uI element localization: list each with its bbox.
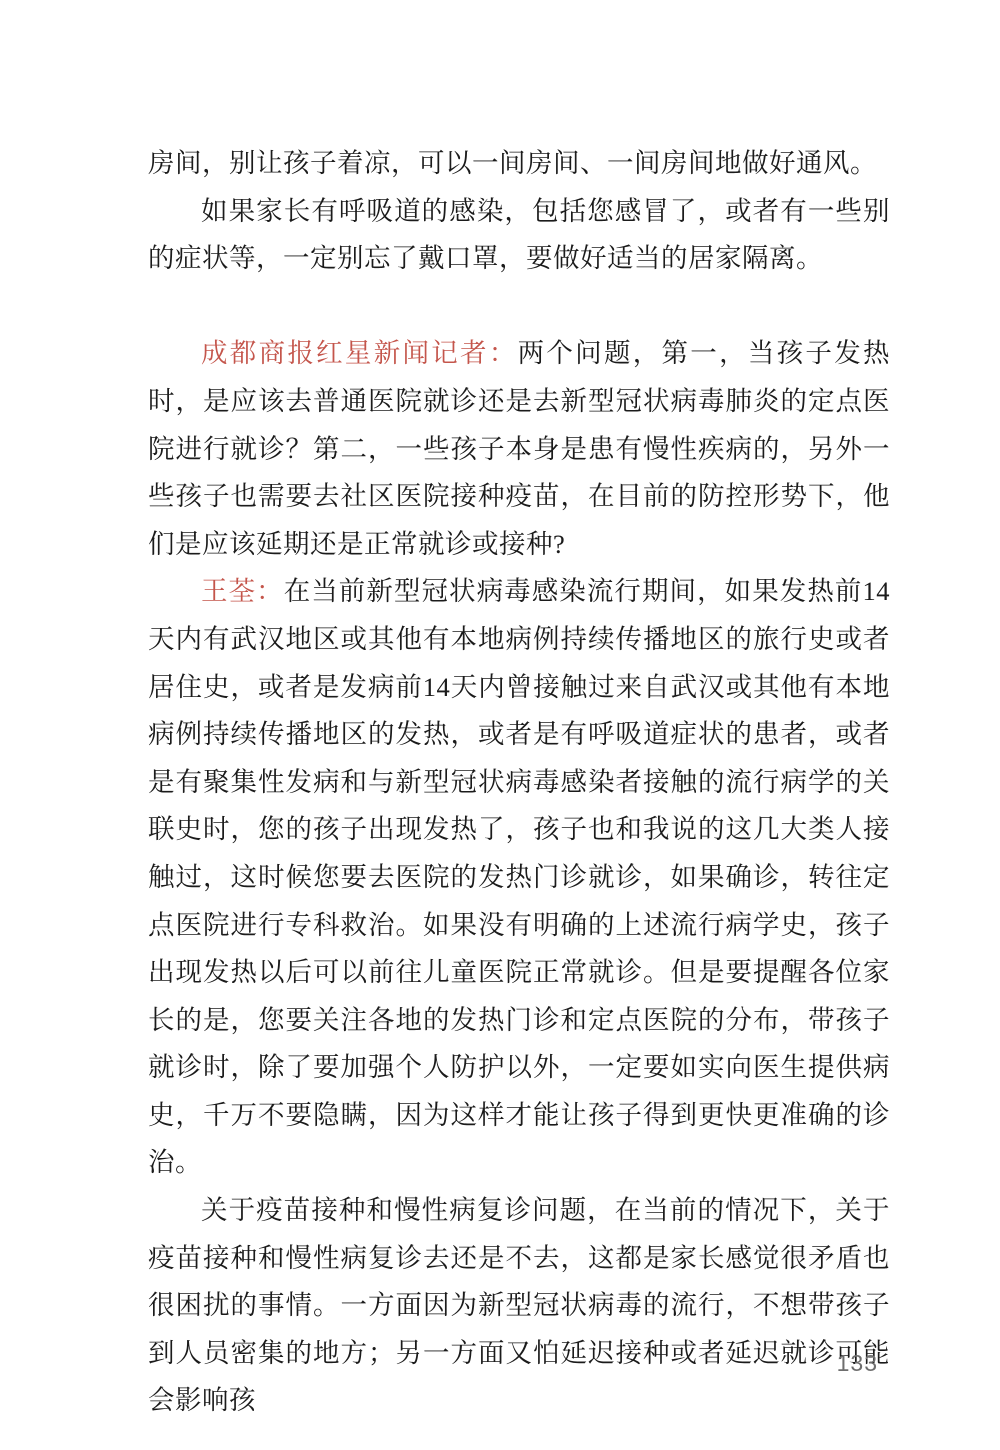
paragraph-advice: 如果家长有呼吸道的感染，包括您感冒了，或者有一些别的症状等，一定别忘了戴口罩，要…	[148, 188, 890, 283]
qa-question: 成都商报红星新闻记者：两个问题，第一，当孩子发热时，是应该去普通医院就诊还是去新…	[148, 330, 890, 568]
answer-speaker-label: 王荃：	[201, 576, 284, 606]
question-speaker-label: 成都商报红星新闻记者：	[201, 338, 518, 368]
paragraph-vaccination: 关于疫苗接种和慢性病复诊问题，在当前的情况下，关于疫苗接种和慢性病复诊去还是不去…	[148, 1187, 890, 1425]
page-number: 133	[837, 1350, 878, 1377]
paragraph-continuation: 房间，别让孩子着凉，可以一间房间、一间房间地做好通风。	[148, 140, 890, 188]
answer-text: 在当前新型冠状病毒感染流行期间，如果发热前14天内有武汉地区或其他有本地病例持续…	[148, 576, 890, 1177]
page-content: 房间，别让孩子着凉，可以一间房间、一间房间地做好通风。 如果家长有呼吸道的感染，…	[148, 140, 890, 1425]
qa-answer: 王荃：在当前新型冠状病毒感染流行期间，如果发热前14天内有武汉地区或其他有本地病…	[148, 568, 890, 1187]
question-text: 两个问题，第一，当孩子发热时，是应该去普通医院就诊还是去新型冠状病毒肺炎的定点医…	[148, 338, 890, 558]
document-page: 房间，别让孩子着凉，可以一间房间、一间房间地做好通风。 如果家长有呼吸道的感染，…	[0, 0, 1000, 1450]
